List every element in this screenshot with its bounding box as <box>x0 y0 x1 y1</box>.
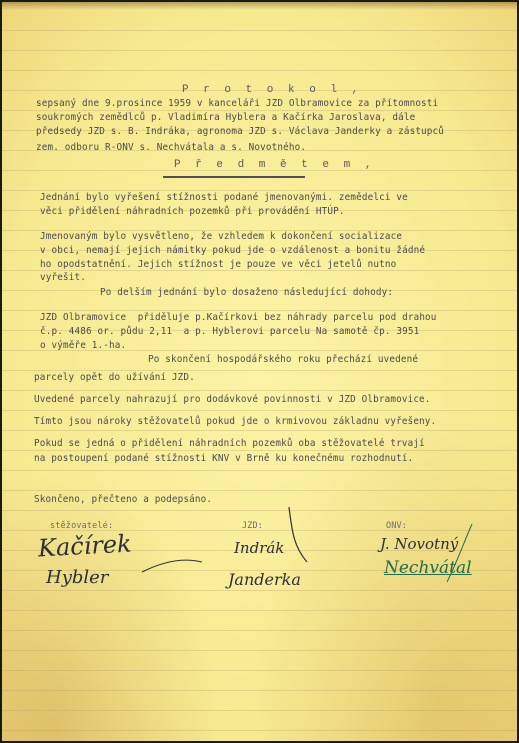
pen-strokes <box>2 2 517 741</box>
document-page: P r o t o k o l , sepsaný dne 9.prosince… <box>2 2 517 741</box>
